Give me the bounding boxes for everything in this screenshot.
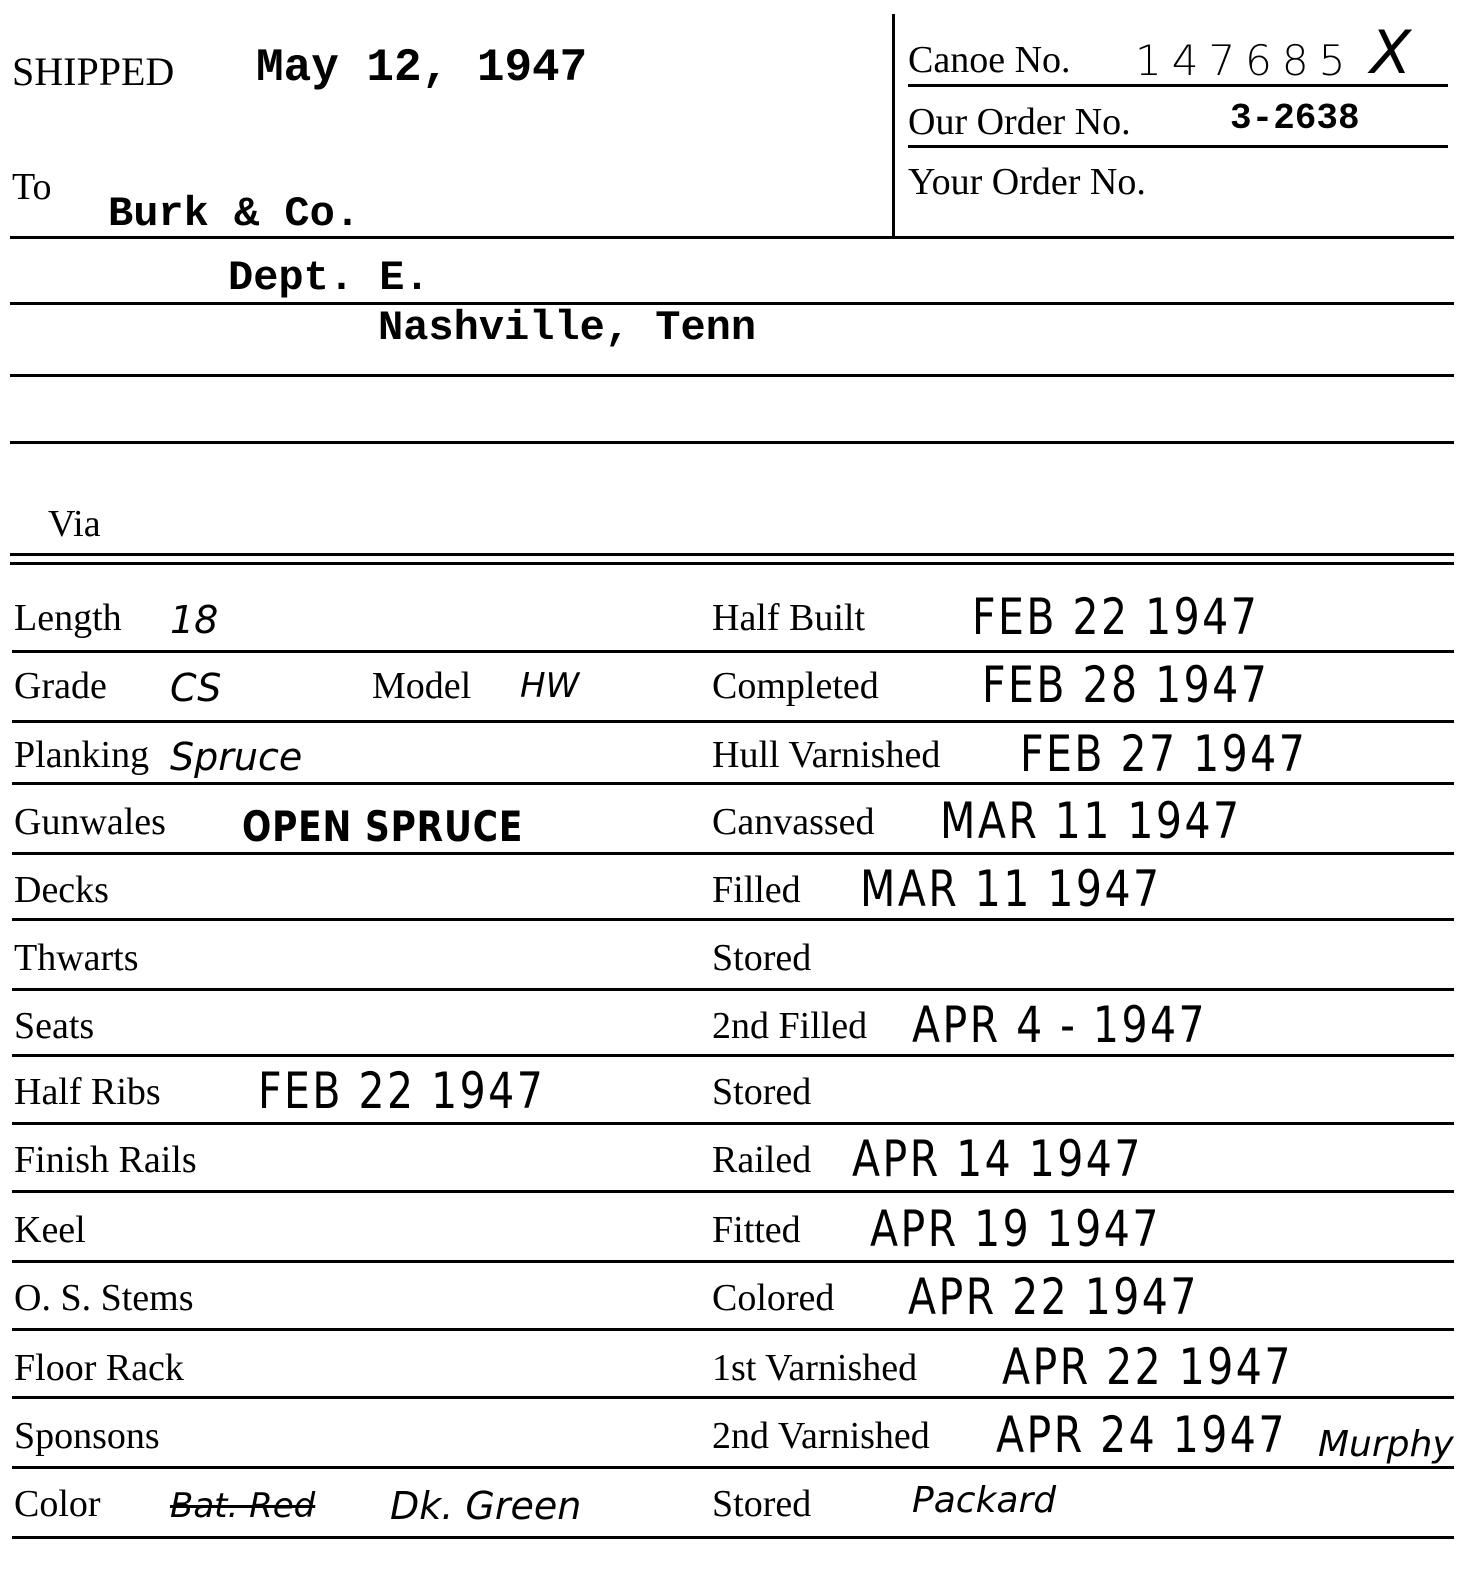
spec-label-right: 2nd Varnished [712,1414,930,1458]
spec-date-stamp: MAR 11 1947 [860,860,1162,918]
to-label: To [12,165,52,209]
row-divider [12,1122,1454,1125]
divider-double-top [10,553,1454,556]
spec-label-right: Railed [712,1138,811,1182]
spec-value-struck: Bat. Red [170,1486,315,1526]
row-divider [12,782,1454,785]
row-divider [12,650,1454,653]
spec-label-left: Color [14,1482,101,1526]
spec-label-right: Fitted [712,1208,801,1252]
spec-date-stamp: APR 22 1947 [1002,1338,1293,1396]
row-divider [12,1328,1454,1331]
spec-label-model: Model [372,664,471,708]
spec-date-stamp: FEB 27 1947 [1020,725,1307,783]
our-order-label: Our Order No. [908,100,1131,144]
spec-label-right: Filled [712,868,801,912]
canoe-no-value: 147685 [1135,36,1355,85]
divider [10,236,1454,239]
spec-label-left: Keel [14,1208,86,1252]
address-line-1: Burk & Co. [108,190,360,238]
divider [10,374,1454,377]
spec-value-left: Dk. Green [390,1484,581,1528]
row-divider [12,1396,1454,1399]
spec-label-left: Half Ribs [14,1070,161,1114]
spec-date-stamp: APR 4 - 1947 [912,996,1207,1054]
spec-date-stamp: APR 14 1947 [852,1130,1143,1188]
spec-value-left: 18 [170,598,218,642]
row-divider [12,852,1454,855]
spec-label-left: Grade [14,664,107,708]
spec-label-left: Sponsons [14,1414,160,1458]
order-box-border [892,14,895,236]
spec-value-left: CS [170,666,221,710]
spec-label-left: Planking [14,733,149,777]
spec-date-stamp: APR 19 1947 [870,1200,1161,1258]
spec-label-right: Stored [712,936,811,980]
spec-date-stamp: APR 22 1947 [908,1268,1199,1326]
spec-label-left: O. S. Stems [14,1276,193,1320]
spec-label-left: Thwarts [14,936,139,980]
divider-double-bottom [10,562,1454,565]
spec-label-right: Completed [712,664,879,708]
shipped-date: May 12, 1947 [256,42,587,94]
row-divider [12,988,1454,991]
our-order-value: 3-2638 [1230,98,1360,139]
spec-label-right: 1st Varnished [712,1346,917,1390]
spec-value-left: OPEN SPRUCE [242,802,523,851]
canoe-no-mark: X [1370,18,1411,88]
row-divider [12,918,1454,921]
spec-label-right: Stored [712,1070,811,1114]
signature: Murphy [1318,1424,1454,1465]
shipped-label: SHIPPED [12,48,174,95]
your-order-label: Your Order No. [908,160,1146,204]
spec-value-left: Spruce [170,735,302,779]
spec-label-left: Decks [14,868,109,912]
spec-date-stamp: FEB 28 1947 [982,656,1269,714]
via-label: Via [48,502,101,546]
spec-label-left: Length [14,596,122,640]
spec-value-left: FEB 22 1947 [258,1062,545,1120]
divider [908,84,1448,87]
spec-date-stamp: FEB 22 1947 [972,588,1259,646]
spec-label-left: Seats [14,1004,94,1048]
divider [10,441,1454,444]
spec-label-right: Half Built [712,596,865,640]
spec-label-right: Hull Varnished [712,733,940,777]
address-line-2: Dept. E. [228,254,430,302]
spec-date-stamp: APR 24 1947 [996,1406,1287,1464]
spec-value-model: HW [520,666,579,706]
signature: Packard [912,1480,1056,1521]
spec-label-left: Finish Rails [14,1138,197,1182]
spec-label-right: 2nd Filled [712,1004,867,1048]
spec-label-left: Gunwales [14,800,166,844]
spec-label-right: Canvassed [712,800,875,844]
row-divider [12,1260,1454,1263]
canoe-no-label: Canoe No. [908,38,1071,82]
spec-date-stamp: MAR 11 1947 [940,792,1242,850]
address-line-3: Nashville, Tenn [378,304,756,352]
spec-label-right: Colored [712,1276,834,1320]
divider [908,145,1448,148]
spec-label-right: Stored [712,1482,811,1526]
row-divider [12,1536,1454,1539]
spec-label-left: Floor Rack [14,1346,184,1390]
row-divider [12,1054,1454,1057]
row-divider [12,1190,1454,1193]
row-divider [12,1466,1454,1469]
row-divider [12,720,1454,723]
